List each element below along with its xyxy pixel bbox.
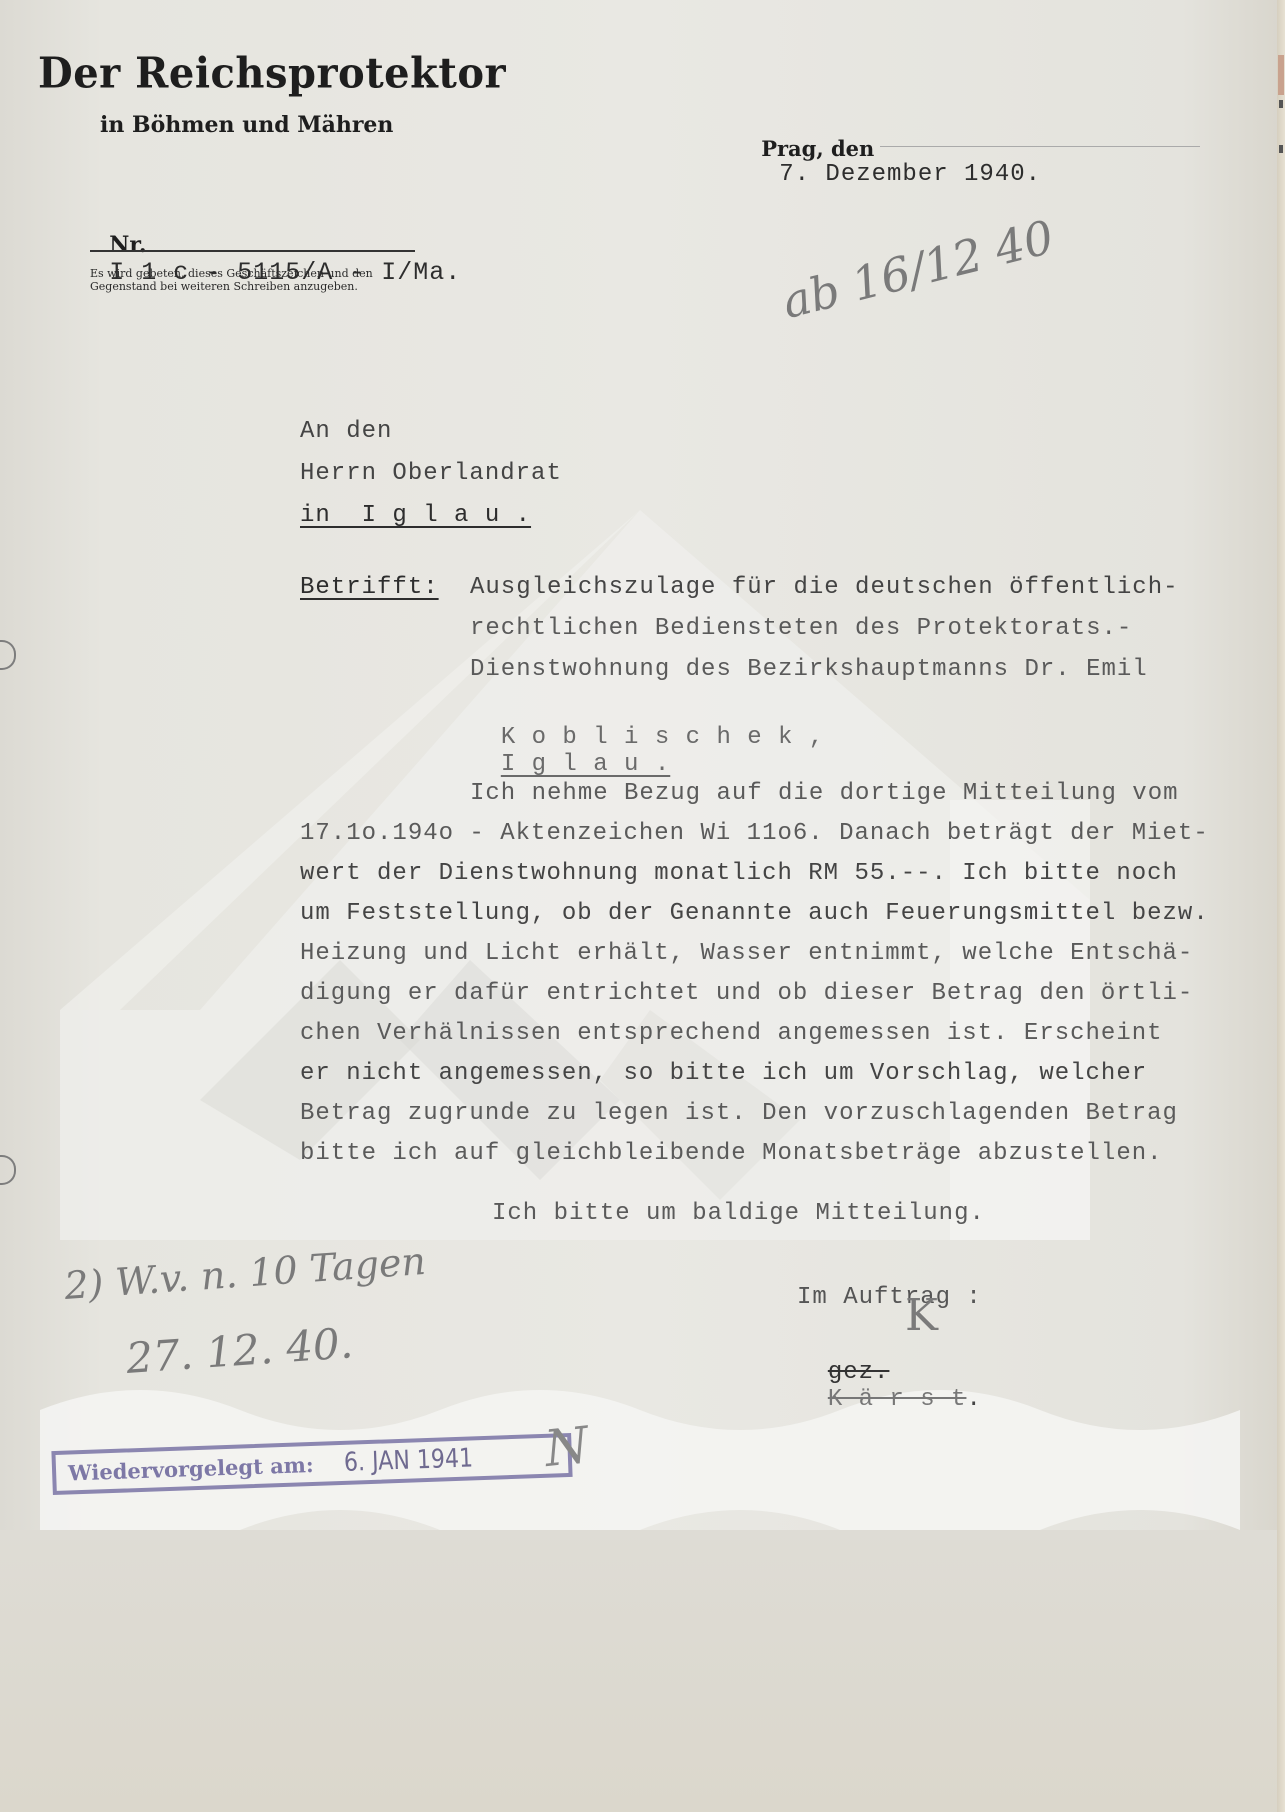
subject-place: I g l a u .	[501, 751, 670, 778]
letterhead-subtitle: in Böhmen und Mähren	[100, 112, 393, 138]
subject-name: K o b l i s c h e k ,	[501, 724, 824, 751]
handwritten-note-left-2: 27. 12. 40.	[125, 1318, 355, 1383]
dateline: Prag, den 7. Dezember 1940.	[742, 118, 1041, 188]
stamp-date: 6. JAN 1941	[343, 1443, 473, 1477]
body-line: chen Verhälnissen entsprechend angemesse…	[300, 1020, 1163, 1047]
body-line: wert der Dienstwohnung monatlich RM 55.-…	[300, 860, 1178, 887]
signature-prefix: gez.	[828, 1359, 890, 1386]
body-line: um Feststellung, ob der Genannte auch Fe…	[300, 900, 1209, 927]
body-closing: Ich bitte um baldige Mitteilung.	[492, 1200, 985, 1227]
dateline-date: 7. Dezember 1940.	[779, 161, 1041, 188]
page-edge	[1277, 0, 1285, 1812]
signature-line1: Im Auftrag :	[797, 1284, 982, 1311]
body-line: 17.1o.194o - Aktenzeichen Wi 11o6. Danac…	[300, 820, 1209, 847]
handwritten-note-top: ab 16/12 40	[777, 210, 1059, 329]
body-line: er nicht angemessen, so bitte ich um Vor…	[300, 1060, 1147, 1087]
letterhead-title: Der Reichsprotektor	[38, 49, 506, 98]
body-line: Ich nehme Bezug auf die dortige Mitteilu…	[470, 780, 1179, 807]
recipient-line3: in I g l a u .	[300, 502, 531, 529]
subject-label: Betrifft:	[300, 574, 439, 601]
body-line: digung er dafür entrichtet und ob dieser…	[300, 980, 1193, 1007]
body-line: Betrag zugrunde zu legen ist. Den vorzus…	[300, 1100, 1178, 1127]
recipient-line2: Herrn Oberlandrat	[300, 460, 562, 487]
paper-lower-area	[0, 1530, 1285, 1812]
stamp-initials: N	[542, 1416, 592, 1478]
resubmission-stamp: Wiedervorgelegt am: 6. JAN 1941	[51, 1433, 572, 1495]
punch-hole-icon	[0, 1155, 16, 1185]
handwritten-note-left-1: 2) W.v. n. 10 Tagen	[63, 1239, 427, 1308]
signature-line2: gez. K ä r s t.	[797, 1332, 982, 1413]
signature-name: K ä r s t	[828, 1386, 967, 1413]
ref-note-line1: Es wird gebeten, dieses Geschäftszeichen…	[90, 268, 373, 280]
subject-line4: K o b l i s c h e k , I g l a u .	[470, 697, 824, 778]
ref-note-line2: Gegenstand bei weiteren Schreiben anzuge…	[90, 281, 358, 293]
subject-line1: Ausgleichszulage für die deutschen öffen…	[470, 574, 1179, 601]
punch-hole-icon	[0, 640, 16, 670]
signature-suffix: .	[966, 1386, 981, 1413]
recipient-line1: An den	[300, 418, 392, 445]
stamp-label: Wiedervorgelegt am:	[68, 1451, 314, 1485]
ref-rule	[90, 250, 415, 252]
dateline-place: Prag, den	[761, 136, 874, 161]
body-line: Heizung und Licht erhält, Wasser entnimm…	[300, 940, 1193, 967]
subject-line2: rechtlichen Bediensteten des Protektorat…	[470, 615, 1132, 642]
ref-prefix: Nr.	[109, 232, 146, 258]
body-line: bitte ich auf gleichbleibende Monatsbetr…	[300, 1140, 1163, 1167]
dateline-rule	[880, 146, 1200, 147]
subject-line3: Dienstwohnung des Bezirkshauptmanns Dr. …	[470, 656, 1148, 683]
